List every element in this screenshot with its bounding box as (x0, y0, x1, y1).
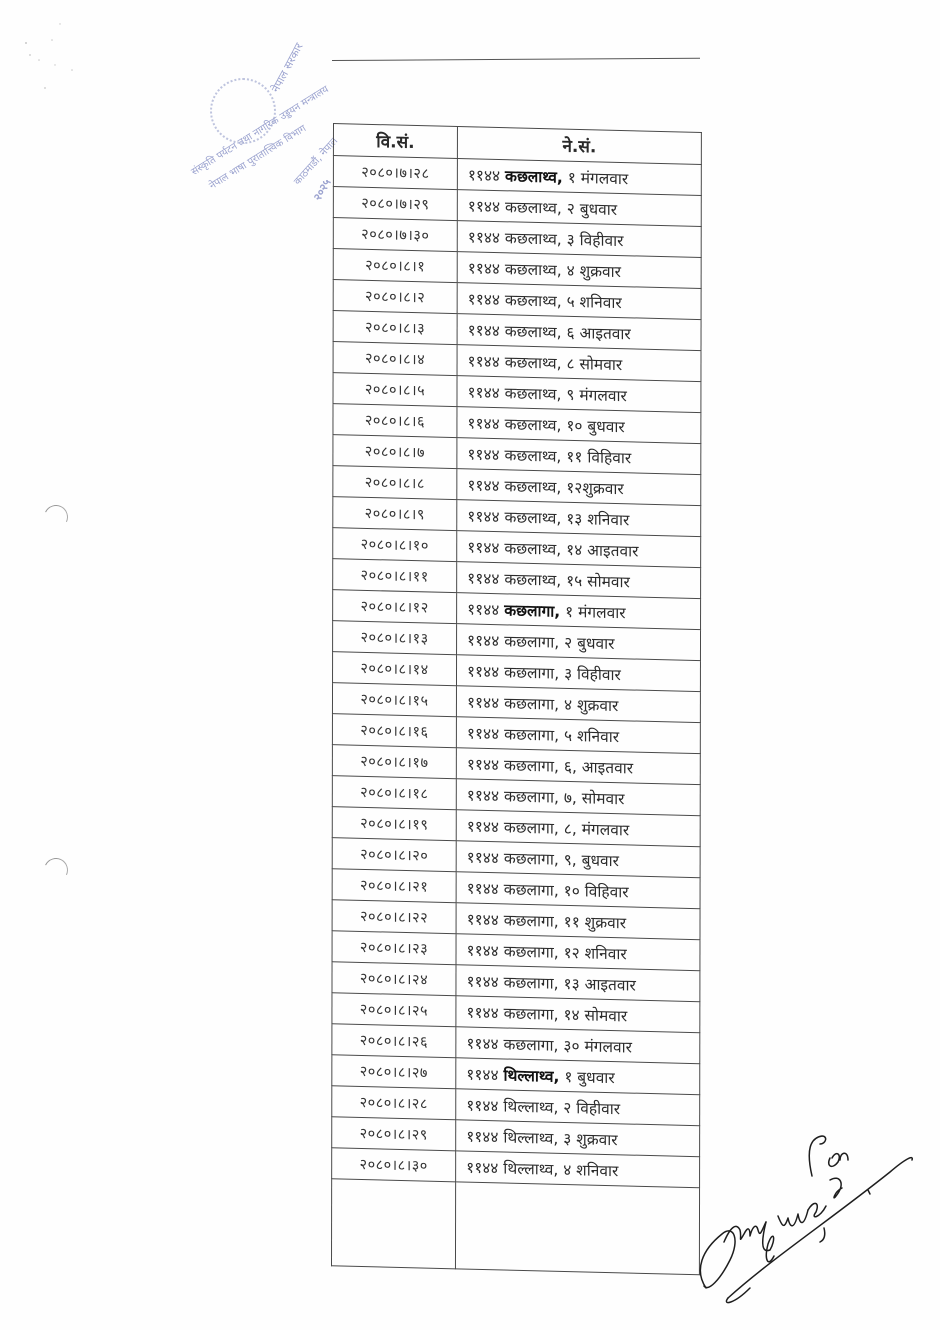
ns-year: ११४४ (466, 1035, 498, 1054)
ns-month: थिल्लाथ्व, (503, 1066, 559, 1085)
vikram-samvat-date: २०८०।८।१० (333, 528, 457, 562)
ns-month: थिल्लाथ्व, (503, 1097, 558, 1116)
ns-day-weekday: १४ सोमवार (563, 1006, 627, 1026)
ns-month: कछलाथ्व, (505, 384, 562, 403)
vikram-samvat-date: २०८०।८।२ (333, 280, 457, 314)
column-header-vikram-samvat: वि.सं. (333, 124, 457, 159)
ns-month: कछलाथ्व, (505, 322, 562, 341)
ns-month: कछलाथ्व, (504, 508, 561, 527)
punch-hole-mark (41, 855, 72, 886)
vikram-samvat-date: २०८०।८।१८ (332, 776, 456, 810)
ns-day-weekday: १५ सोमवार (566, 572, 630, 592)
ns-year: ११४४ (467, 755, 499, 774)
ns-month: कछलाथ्व, (504, 477, 561, 496)
stamp-line: २०२५ (310, 176, 334, 203)
ns-year: ११४४ (467, 445, 499, 464)
ns-year: ११४४ (466, 1159, 498, 1178)
vikram-samvat-date: २०८०।८।११ (333, 559, 457, 593)
calendar-conversion-table: वि.सं. ने.सं. २०८०।७।२८११४४ कछलाथ्व, १ म… (331, 123, 702, 1275)
ns-year: ११४४ (468, 352, 500, 371)
ns-month: कछलाथ्व, (505, 415, 562, 434)
ns-month: कछलाथ्व, (505, 446, 562, 465)
vikram-samvat-date: २०८०।८।४ (333, 342, 457, 376)
scanned-page: नेपाल सरकार संस्कृति पर्यटन तथा नागरिक उ… (0, 0, 940, 1330)
ns-year: ११४४ (467, 910, 499, 929)
ns-year: ११४४ (466, 1128, 498, 1147)
ns-month: कछलाथ्व, (504, 539, 561, 558)
empty-cell (455, 1182, 699, 1275)
ns-month: कछलागा, (504, 880, 559, 899)
ns-month: कछलाथ्व, (505, 198, 562, 217)
ns-month: कछलागा, (504, 663, 559, 682)
ns-day-weekday: ३० मंगलवार (563, 1037, 632, 1057)
ns-day-weekday: १४ आइतवार (566, 541, 638, 561)
ns-day-weekday: १३ शनिवार (566, 510, 629, 530)
ns-year: ११४४ (468, 259, 500, 278)
ns-day-weekday: ११ विहिवार (566, 448, 631, 468)
ns-day-weekday: ५ शनिवार (564, 727, 619, 746)
ns-year: ११४४ (467, 600, 499, 619)
ns-day-weekday: ५ शनिवार (567, 293, 622, 312)
vikram-samvat-date: २०८०।८।२५ (332, 993, 456, 1027)
ns-year: ११४४ (468, 321, 500, 340)
official-stamp: नेपाल सरकार संस्कृति पर्यटन तथा नागरिक उ… (188, 48, 338, 198)
ns-month: कछलागा, (504, 756, 559, 775)
stamp-line: नेपाल सरकार (268, 40, 307, 95)
ns-year: ११४४ (467, 631, 499, 650)
vikram-samvat-date: २०८०।८।९ (333, 497, 457, 531)
ns-day-weekday: ७, सोमवार (564, 789, 625, 808)
vikram-samvat-date: २०८०।७।२९ (333, 187, 457, 221)
vikram-samvat-date: २०८०।८।२६ (332, 1024, 456, 1058)
ns-year: ११४४ (467, 786, 499, 805)
vikram-samvat-date: २०८०।८।३ (333, 311, 457, 345)
ns-month: कछलाथ्व, (505, 229, 562, 248)
ns-year: ११४४ (467, 414, 499, 433)
vikram-samvat-date: २०८०।८।२८ (332, 1086, 456, 1120)
ns-year: ११४४ (467, 942, 499, 961)
ns-day-weekday: ९ मंगलवार (566, 386, 626, 405)
ns-month: कछलागा, (504, 973, 559, 992)
ns-day-weekday: १२शुक्रवार (566, 479, 624, 498)
ns-month: कछलाथ्व, (505, 353, 562, 372)
vikram-samvat-date: २०८०।८।१ (333, 249, 457, 283)
vikram-samvat-date: २०८०।८।१२ (333, 590, 457, 624)
vikram-samvat-date: २०८०।७।३० (333, 218, 457, 252)
vikram-samvat-date: २०८०।८।८ (333, 466, 457, 500)
ns-month: कछलाथ्व, (505, 260, 562, 279)
ns-month: कछलागा, (504, 601, 560, 620)
ns-day-weekday: ३ विहीवार (567, 231, 624, 250)
ns-day-weekday: ११ शुक्रवार (564, 913, 626, 933)
ns-month: कछलाथ्व, (505, 291, 562, 310)
ns-month: कछलाथ्व, (505, 167, 563, 186)
ns-month: कछलागा, (504, 725, 559, 744)
ns-day-weekday: ६, आइतवार (564, 758, 633, 778)
vikram-samvat-date: २०८०।७।२८ (333, 156, 457, 190)
ns-month: कछलागा, (504, 632, 559, 651)
empty-filler-row (332, 1179, 700, 1275)
ns-month: कछलाथ्व, (504, 570, 561, 589)
ns-day-weekday: २ बुधवार (567, 200, 617, 219)
ns-day-weekday: ४ शनिवार (563, 1161, 618, 1180)
ns-year: ११४४ (467, 724, 499, 743)
ns-month: कछलागा, (504, 911, 559, 930)
ns-year: ११४४ (467, 693, 499, 712)
ns-day-weekday: २ विहीवार (563, 1099, 620, 1118)
scan-specks (10, 10, 80, 110)
ns-month: कछलागा, (504, 694, 559, 713)
header-rule (332, 58, 700, 61)
ns-year: ११४४ (467, 662, 499, 681)
vikram-samvat-date: २०८०।८।२४ (332, 962, 456, 996)
ns-year: ११४४ (467, 879, 499, 898)
ns-year: ११४४ (468, 166, 500, 185)
ns-day-weekday: ४ शुक्रवार (564, 696, 618, 715)
vikram-samvat-date: २०८०।८।६ (333, 404, 457, 438)
vikram-samvat-date: २०८०।८।१६ (332, 714, 456, 748)
vikram-samvat-date: २०८०।८।२७ (332, 1055, 456, 1089)
ns-year: ११४४ (467, 569, 499, 588)
vikram-samvat-date: २०८०।८।३० (332, 1148, 456, 1182)
ns-day-weekday: १३ आइतवार (564, 975, 636, 995)
vikram-samvat-date: २०८०।८।१९ (332, 807, 456, 841)
ns-day-weekday: ६ आइतवार (567, 324, 631, 344)
table-body: २०८०।७।२८११४४ कछलाथ्व, १ मंगलवार२०८०।७।२… (332, 156, 702, 1275)
vikram-samvat-date: २०८०।८।५ (333, 373, 457, 407)
ns-year: ११४४ (467, 538, 499, 557)
punch-hole-mark (41, 502, 72, 533)
ns-day-weekday: ३ शुक्रवार (563, 1130, 617, 1149)
vikram-samvat-date: २०८०।८।२२ (332, 900, 456, 934)
ns-year: ११४४ (467, 848, 499, 867)
ns-day-weekday: ४ शुक्रवार (567, 262, 621, 281)
ns-year: ११४४ (468, 290, 500, 309)
ns-year: ११४४ (467, 383, 499, 402)
ns-day-weekday: १० विहिवार (564, 882, 629, 902)
empty-cell (332, 1179, 456, 1269)
ns-year: ११४४ (468, 228, 500, 247)
vikram-samvat-date: २०८०।८।१५ (332, 683, 456, 717)
ns-year: ११४४ (468, 197, 500, 216)
calendar-table-container: वि.सं. ने.सं. २०८०।७।२८११४४ कछलाथ्व, १ म… (331, 123, 701, 1275)
ns-year: ११४४ (467, 507, 499, 526)
ns-day-weekday: ३ विहीवार (564, 665, 621, 684)
ns-month: कछलागा, (504, 818, 559, 837)
ns-day-weekday: ८, मंगलवार (564, 820, 629, 840)
ns-month: थिल्लाथ्व, (503, 1128, 558, 1147)
ns-day-weekday: १२ शनिवार (564, 944, 627, 964)
ns-year: ११४४ (466, 973, 498, 992)
ns-month: कछलागा, (504, 1035, 559, 1054)
ns-day-weekday: ९, बुधवार (564, 851, 619, 870)
vikram-samvat-date: २०८०।८।२९ (332, 1117, 456, 1151)
ns-year: ११४४ (467, 817, 499, 836)
ns-year: ११४४ (467, 476, 499, 495)
vikram-samvat-date: २०८०।८।७ (333, 435, 457, 469)
ns-month: कछलागा, (504, 1004, 559, 1023)
ns-month: थिल्लाथ्व, (503, 1159, 558, 1178)
ns-year: ११४४ (466, 1004, 498, 1023)
vikram-samvat-date: २०८०।८।२० (332, 838, 456, 872)
ns-month: कछलागा, (504, 942, 559, 961)
ns-month: कछलागा, (504, 787, 559, 806)
ns-day-weekday: १ मंगलवार (568, 169, 628, 188)
ns-day-weekday: १० बुधवार (566, 417, 624, 436)
ns-day-weekday: २ बुधवार (564, 634, 614, 653)
ns-year: ११४४ (466, 1097, 498, 1116)
vikram-samvat-date: २०८०।८।१७ (332, 745, 456, 779)
ns-month: कछलागा, (504, 849, 559, 868)
ns-day-weekday: ८ सोमवार (566, 355, 622, 374)
vikram-samvat-date: २०८०।८।१३ (333, 621, 457, 655)
signature (690, 1110, 930, 1320)
vikram-samvat-date: २०८०।८।२३ (332, 931, 456, 965)
ns-day-weekday: १ मंगलवार (565, 603, 625, 622)
vikram-samvat-date: २०८०।८।१४ (333, 652, 457, 686)
ns-year: ११४४ (466, 1066, 498, 1085)
vikram-samvat-date: २०८०।८।२१ (332, 869, 456, 903)
ns-day-weekday: १ बुधवार (564, 1068, 614, 1087)
